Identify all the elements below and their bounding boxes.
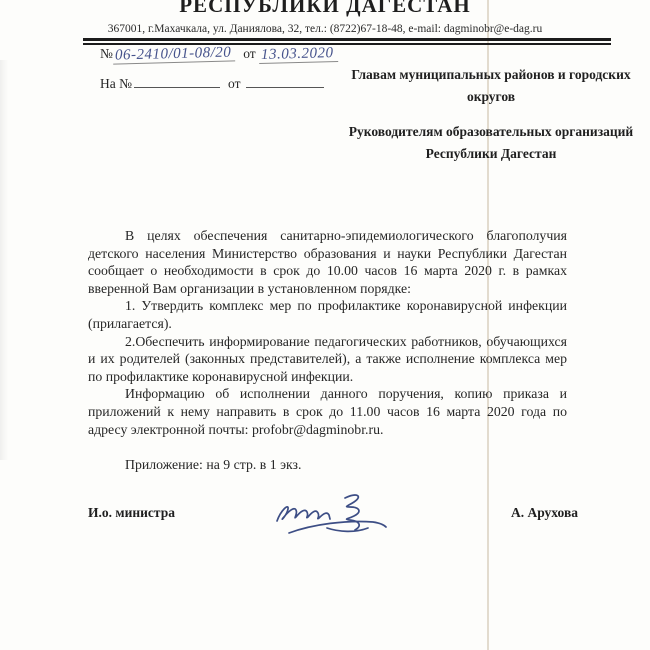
- body-paragraph-item2: 2.Обеспечить информирование педагогическ…: [88, 333, 567, 386]
- ref-ot-label: от: [243, 46, 255, 61]
- body-paragraph-report: Информацию об исполнении данного поручен…: [88, 385, 567, 438]
- signer-name: А. Арухова: [511, 505, 578, 521]
- addressee-block-heads: Главам муниципальных районов и городских…: [345, 64, 637, 107]
- letterhead-org-title: РЕСПУБЛИКИ ДАГЕСТАН: [0, 0, 650, 18]
- letter-body: В целях обеспечения санитарно-эпидемиоло…: [88, 227, 567, 474]
- reply-ot-label: от: [228, 76, 240, 91]
- scanned-letter-page: РЕСПУБЛИКИ ДАГЕСТАН 367001, г.Махачкала,…: [0, 0, 650, 650]
- scan-edge-smudge: [0, 60, 8, 460]
- reply-number-blank: [134, 74, 220, 88]
- reply-date-blank: [246, 74, 324, 88]
- addressee-block-directors: Руководителям образовательных организаци…: [345, 121, 637, 164]
- letterhead-address-line: 367001, г.Махачкала, ул. Даниялова, 32, …: [0, 23, 650, 35]
- attachment-note: Приложение: на 9 стр. в 1 экз.: [88, 456, 567, 474]
- reference-number-line: №06-2410/01-08/20от 13.03.2020: [100, 46, 338, 63]
- handwritten-signature-ink: [265, 483, 405, 541]
- signer-position-title: И.о. министра: [88, 505, 175, 521]
- body-paragraph-intro: В целях обеспечения санитарно-эпидемиоло…: [88, 227, 567, 297]
- ref-number-handwritten: 06-2410/01-08/20: [113, 45, 236, 64]
- letterhead-double-rule: [83, 38, 611, 45]
- reply-prefix: На №: [100, 76, 132, 91]
- ref-date-handwritten: 13.03.2020: [259, 46, 338, 64]
- body-paragraph-item1: 1. Утвердить комплекс мер по профилактик…: [88, 297, 567, 332]
- reply-reference-line: На №от: [100, 74, 324, 92]
- ref-number-prefix: №: [100, 46, 113, 61]
